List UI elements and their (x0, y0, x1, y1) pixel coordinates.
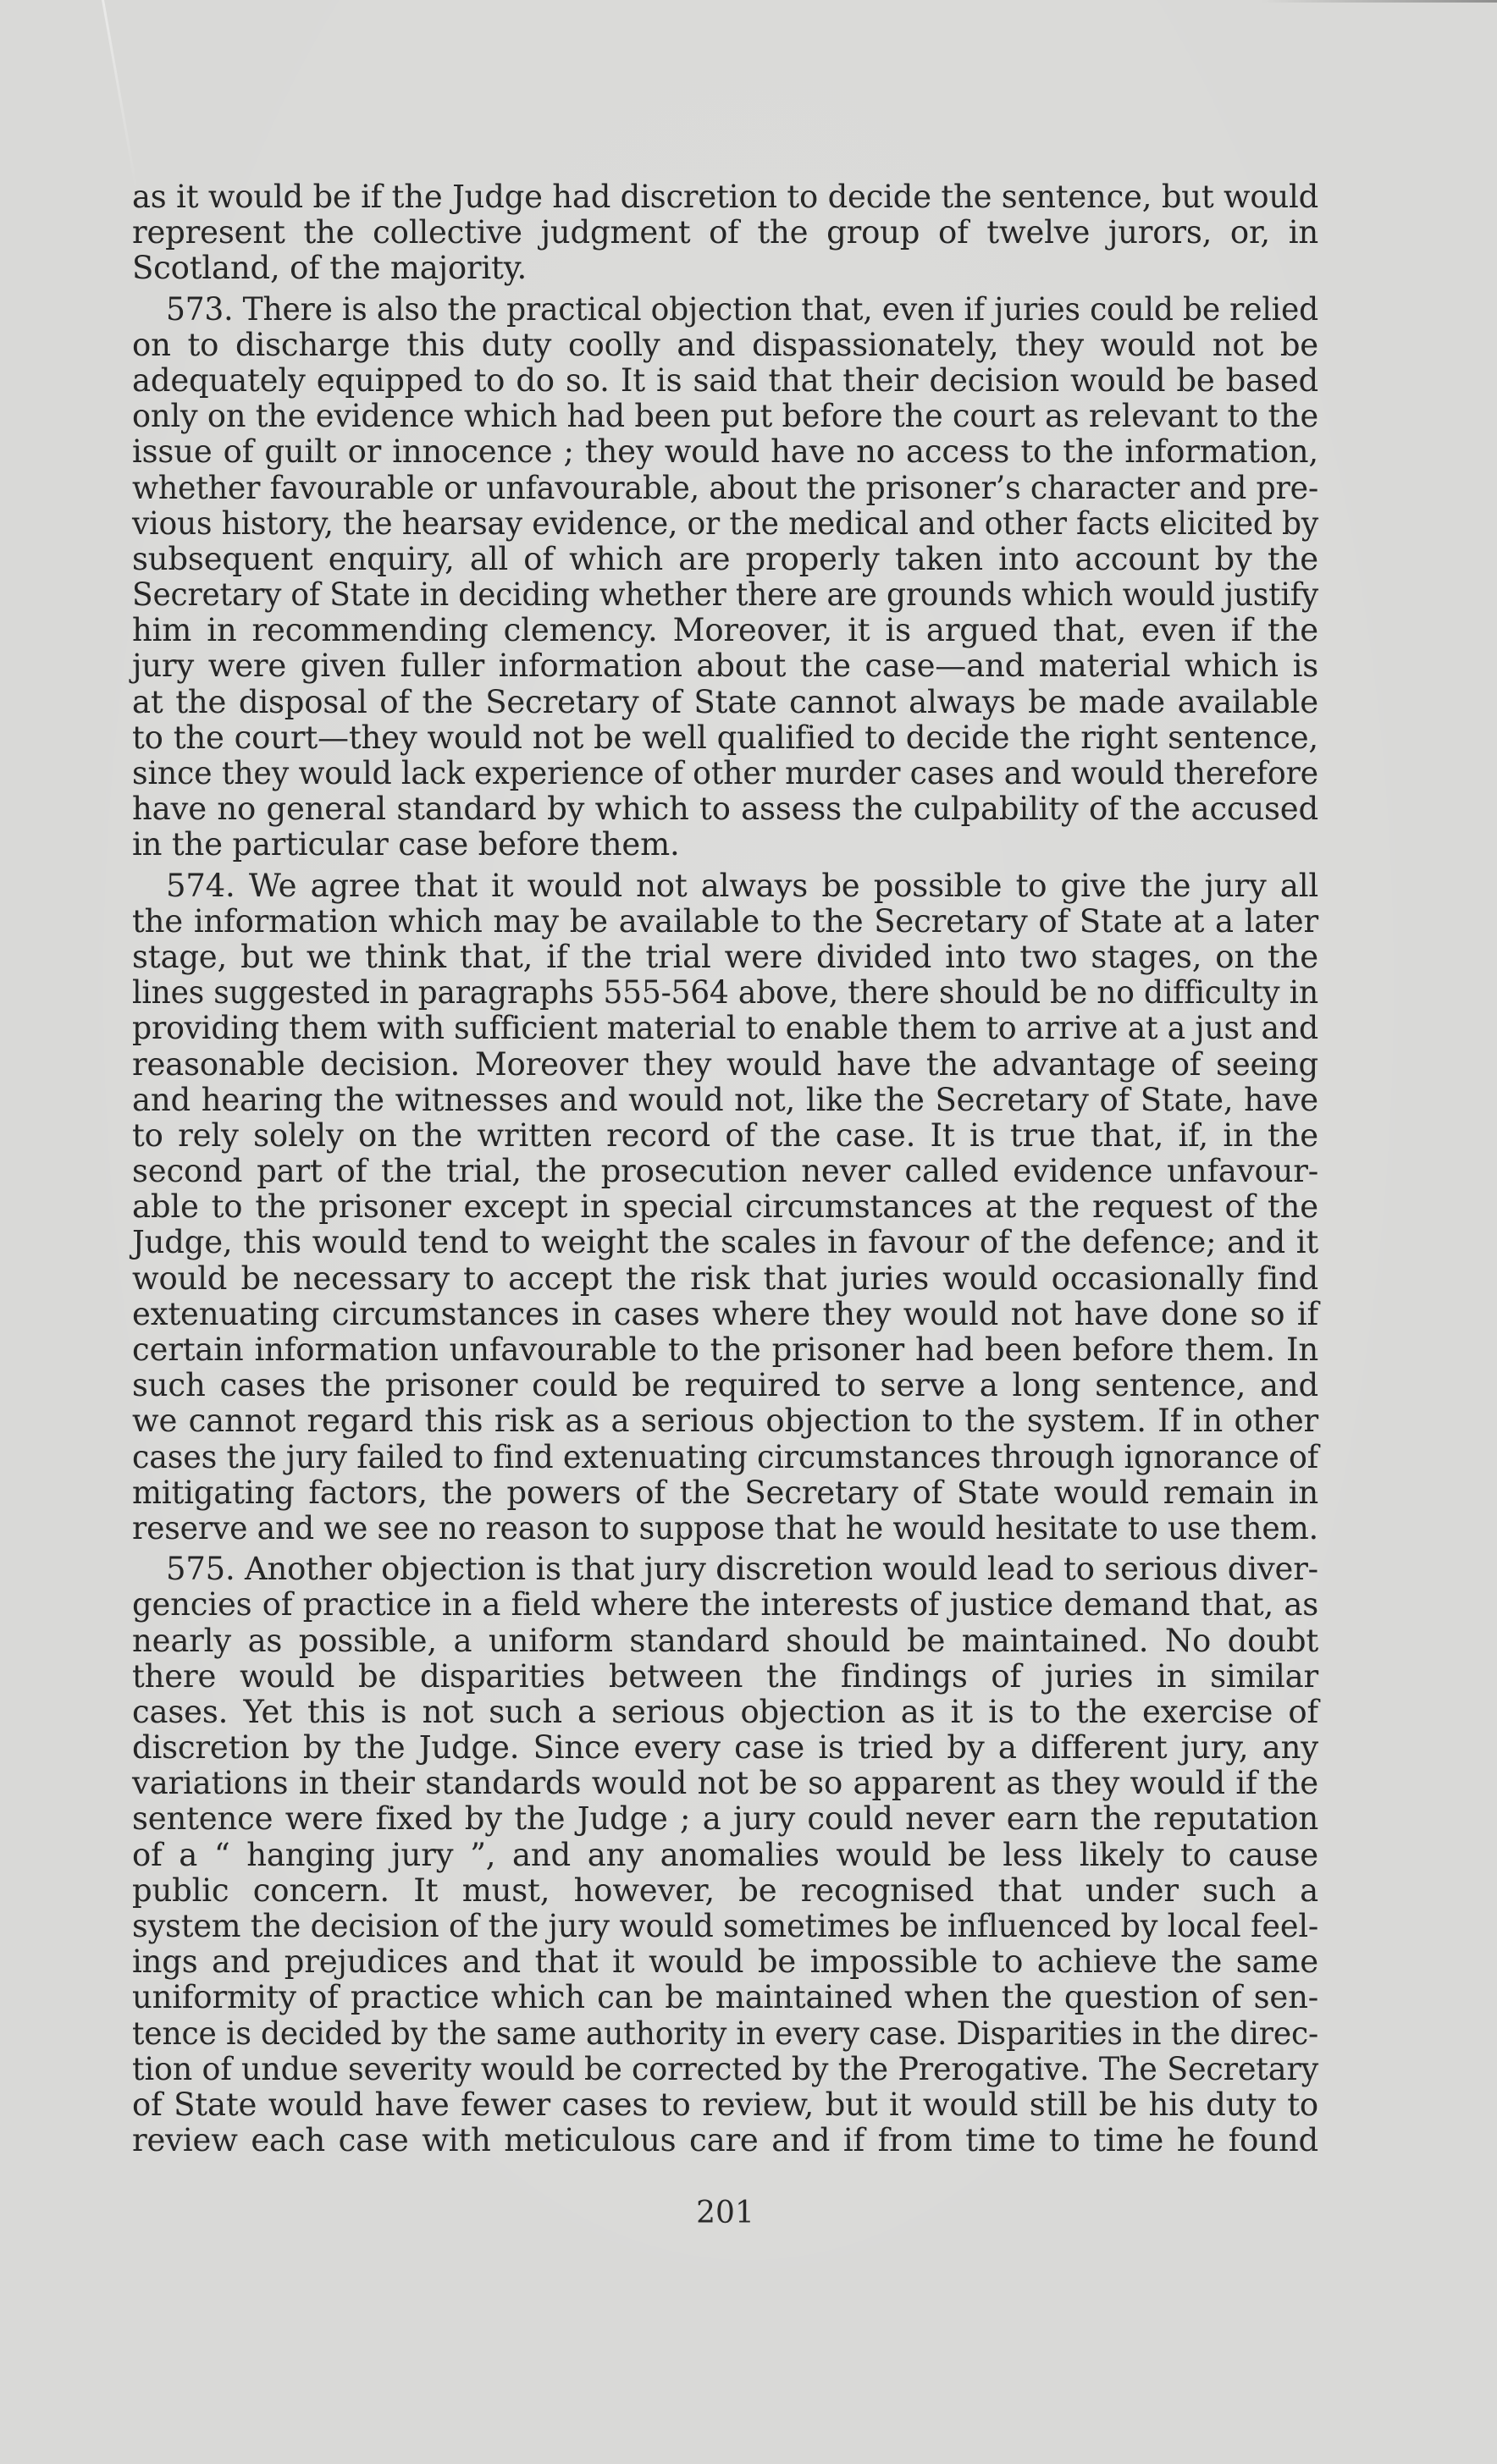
text-line: uniformity of practice which can be main… (132, 1980, 1318, 2015)
text-line: subsequent enquiry, all of which are pro… (132, 542, 1318, 577)
text-line: at the disposal of the Secretary of Stat… (132, 685, 1318, 720)
text-line: have no general standard by which to ass… (132, 791, 1318, 827)
text-line: reasonable decision. Moreover they would… (132, 1047, 1318, 1083)
text-line: since they would lack experience of othe… (132, 756, 1318, 791)
text-line: able to the prisoner except in special c… (132, 1189, 1318, 1225)
text-line: nearly as possible, a uniform standard s… (132, 1623, 1318, 1659)
text-line: as it would be if the Judge had discreti… (132, 179, 1318, 215)
body-text: as it would be if the Judge had discreti… (132, 179, 1318, 2158)
text-line: system the decision of the jury would so… (132, 1909, 1318, 1944)
text-line: of State would have fewer cases to revie… (132, 2087, 1318, 2123)
text-line: certain information unfavourable to the … (132, 1332, 1318, 1368)
text-line: review each case with meticulous care an… (132, 2123, 1318, 2158)
text-line: variations in their standards would not … (132, 1766, 1318, 1801)
text-line: on to discharge this duty coolly and dis… (132, 328, 1318, 363)
text-line: providing them with sufficient material … (132, 1011, 1318, 1046)
text-line: mitigating factors, the powers of the Se… (132, 1475, 1318, 1511)
text-line: of a “ hanging jury ”, and any anomalies… (132, 1838, 1318, 1873)
paragraph-first-line: 573. There is also the practical objecti… (132, 292, 1318, 328)
paragraph-575: 575. Another objection is that jury disc… (132, 1552, 1318, 2158)
paragraph-574: 574. We agree that it would not always b… (132, 868, 1318, 1547)
text-line: reserve and we see no reason to suppose … (132, 1511, 1318, 1546)
text-line: whether favourable or unfavourable, abou… (132, 471, 1318, 506)
text-line: stage, but we think that, if the trial w… (132, 940, 1318, 975)
text-line: and hearing the witnesses and would not,… (132, 1083, 1318, 1118)
text-line: in the particular case before them. (132, 827, 1318, 863)
text-line: him in recommending clemency. Moreover, … (132, 613, 1318, 648)
text-line: tence is decided by the same authority i… (132, 2016, 1318, 2052)
scanned-book-page: as it would be if the Judge had discreti… (0, 0, 1497, 2464)
page-number: 201 (0, 2196, 1450, 2230)
paragraph-first-line: 575. Another objection is that jury disc… (132, 1552, 1318, 1587)
text-line: we cannot regard this risk as a serious … (132, 1403, 1318, 1439)
text-line: adequately equipped to do so. It is said… (132, 363, 1318, 399)
text-line: lines suggested in paragraphs 555-564 ab… (132, 975, 1318, 1011)
text-line: gencies of practice in a field where the… (132, 1587, 1318, 1623)
text-line: Judge, this would tend to weight the sca… (132, 1225, 1318, 1260)
text-line: cases the jury failed to find extenuatin… (132, 1440, 1318, 1475)
text-line: tion of undue severity would be correcte… (132, 2052, 1318, 2087)
text-line: would be necessary to accept the risk th… (132, 1261, 1318, 1297)
text-line: issue of guilt or innocence ; they would… (132, 434, 1318, 470)
text-line: sentence were fixed by the Judge ; a jur… (132, 1801, 1318, 1837)
paper-crease (102, 0, 138, 192)
text-line: to the court—they would not be well qual… (132, 720, 1318, 756)
text-line: cases. Yet this is not such a serious ob… (132, 1695, 1318, 1730)
text-line: only on the evidence which had been put … (132, 399, 1318, 434)
text-line: there would be disparities between the f… (132, 1659, 1318, 1695)
page-top-edge-shadow (1262, 0, 1497, 3)
text-line: jury were given fuller information about… (132, 648, 1318, 684)
paragraph-573: 573. There is also the practical objecti… (132, 292, 1318, 863)
text-line: discretion by the Judge. Since every cas… (132, 1730, 1318, 1766)
text-line: second part of the trial, the prosecutio… (132, 1154, 1318, 1189)
text-line: ings and prejudices and that it would be… (132, 1944, 1318, 1980)
text-line: represent the collective judgment of the… (132, 215, 1318, 251)
text-line: Scotland, of the majority. (132, 251, 1318, 286)
text-line: such cases the prisoner could be require… (132, 1368, 1318, 1403)
text-line: vious history, the hearsay evidence, or … (132, 506, 1318, 542)
text-line: public concern. It must, however, be rec… (132, 1873, 1318, 1909)
text-line: extenuating circumstances in cases where… (132, 1297, 1318, 1332)
paragraph-first-line: 574. We agree that it would not always b… (132, 868, 1318, 904)
text-line: Secretary of State in deciding whether t… (132, 577, 1318, 613)
text-line: to rely solely on the written record of … (132, 1118, 1318, 1154)
paragraph-continued: as it would be if the Judge had discreti… (132, 179, 1318, 287)
text-line: the information which may be available t… (132, 904, 1318, 940)
